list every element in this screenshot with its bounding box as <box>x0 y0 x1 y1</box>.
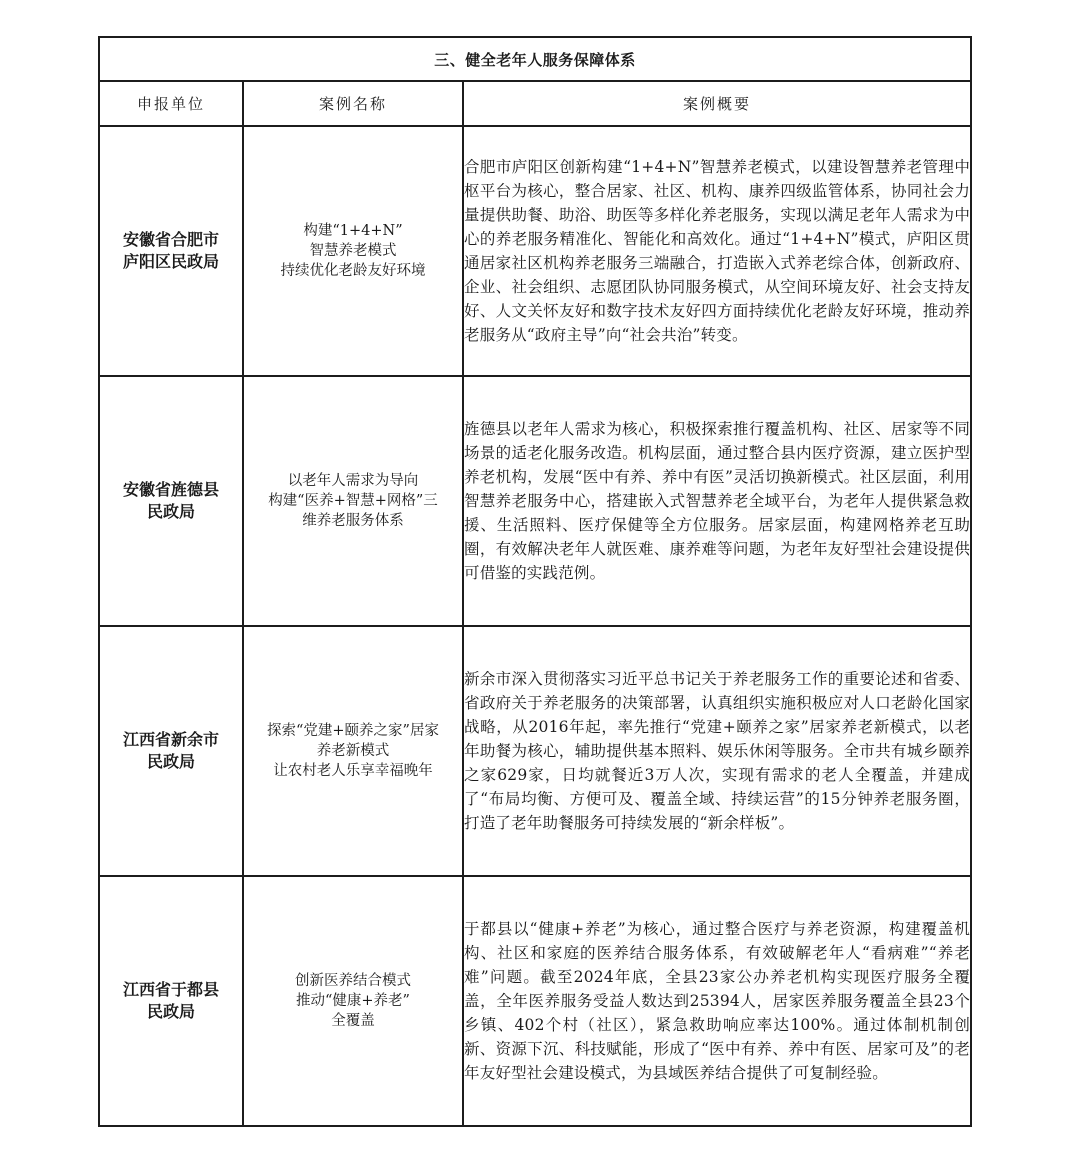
unit-cell: 江西省新余市 民政局 <box>99 626 243 876</box>
case-name-line: 让农村老人乐享幸福晚年 <box>244 761 462 781</box>
unit-line: 民政局 <box>100 751 242 773</box>
summary-cell: 新余市深入贯彻落实习近平总书记关于养老服务工作的重要论述和省委、省政府关于养老服… <box>463 626 971 876</box>
case-name-line: 构建“1+4+N” <box>244 221 462 241</box>
case-name-cell: 以老年人需求为导向 构建“医养+智慧+网格”三 维养老服务体系 <box>243 376 463 626</box>
table-row: 江西省于都县 民政局 创新医养结合模式 推动“健康+养老” 全覆盖 于都县以“健… <box>99 876 971 1126</box>
case-name-line: 探索“党建+颐养之家”居家 <box>244 721 462 741</box>
unit-line: 安徽省合肥市 <box>100 229 242 251</box>
unit-line: 民政局 <box>100 501 242 523</box>
column-header-case-name: 案例名称 <box>243 81 463 126</box>
unit-line: 江西省于都县 <box>100 979 242 1001</box>
column-header-unit: 申报单位 <box>99 81 243 126</box>
table-row: 江西省新余市 民政局 探索“党建+颐养之家”居家 养老新模式 让农村老人乐享幸福… <box>99 626 971 876</box>
unit-line: 安徽省旌德县 <box>100 479 242 501</box>
column-header-summary: 案例概要 <box>463 81 971 126</box>
case-name-line: 养老新模式 <box>244 741 462 761</box>
section-title-row: 三、健全老年人服务保障体系 <box>99 37 971 81</box>
case-table: 三、健全老年人服务保障体系 申报单位 案例名称 案例概要 安徽省合肥市 庐阳区民… <box>98 36 972 1127</box>
case-name-line: 创新医养结合模式 <box>244 971 462 991</box>
case-name-line: 持续优化老龄友好环境 <box>244 261 462 281</box>
unit-cell: 安徽省旌德县 民政局 <box>99 376 243 626</box>
header-row: 申报单位 案例名称 案例概要 <box>99 81 971 126</box>
case-name-line: 构建“医养+智慧+网格”三 <box>244 491 462 511</box>
case-name-cell: 探索“党建+颐养之家”居家 养老新模式 让农村老人乐享幸福晚年 <box>243 626 463 876</box>
summary-cell: 合肥市庐阳区创新构建“1+4+N”智慧养老模式，以建设智慧养老管理中枢平台为核心… <box>463 126 971 376</box>
unit-cell: 江西省于都县 民政局 <box>99 876 243 1126</box>
summary-cell: 旌德县以老年人需求为核心，积极探索推行覆盖机构、社区、居家等不同场景的适老化服务… <box>463 376 971 626</box>
section-title: 三、健全老年人服务保障体系 <box>99 37 971 81</box>
case-name-line: 以老年人需求为导向 <box>244 471 462 491</box>
case-name-line: 全覆盖 <box>244 1011 462 1031</box>
unit-line: 民政局 <box>100 1001 242 1023</box>
summary-cell: 于都县以“健康+养老”为核心，通过整合医疗与养老资源，构建覆盖机构、社区和家庭的… <box>463 876 971 1126</box>
table-row: 安徽省旌德县 民政局 以老年人需求为导向 构建“医养+智慧+网格”三 维养老服务… <box>99 376 971 626</box>
unit-cell: 安徽省合肥市 庐阳区民政局 <box>99 126 243 376</box>
unit-line: 江西省新余市 <box>100 729 242 751</box>
case-name-line: 维养老服务体系 <box>244 511 462 531</box>
table-row: 安徽省合肥市 庐阳区民政局 构建“1+4+N” 智慧养老模式 持续优化老龄友好环… <box>99 126 971 376</box>
case-name-cell: 构建“1+4+N” 智慧养老模式 持续优化老龄友好环境 <box>243 126 463 376</box>
case-name-line: 推动“健康+养老” <box>244 991 462 1011</box>
unit-line: 庐阳区民政局 <box>100 251 242 273</box>
case-name-line: 智慧养老模式 <box>244 241 462 261</box>
case-name-cell: 创新医养结合模式 推动“健康+养老” 全覆盖 <box>243 876 463 1126</box>
